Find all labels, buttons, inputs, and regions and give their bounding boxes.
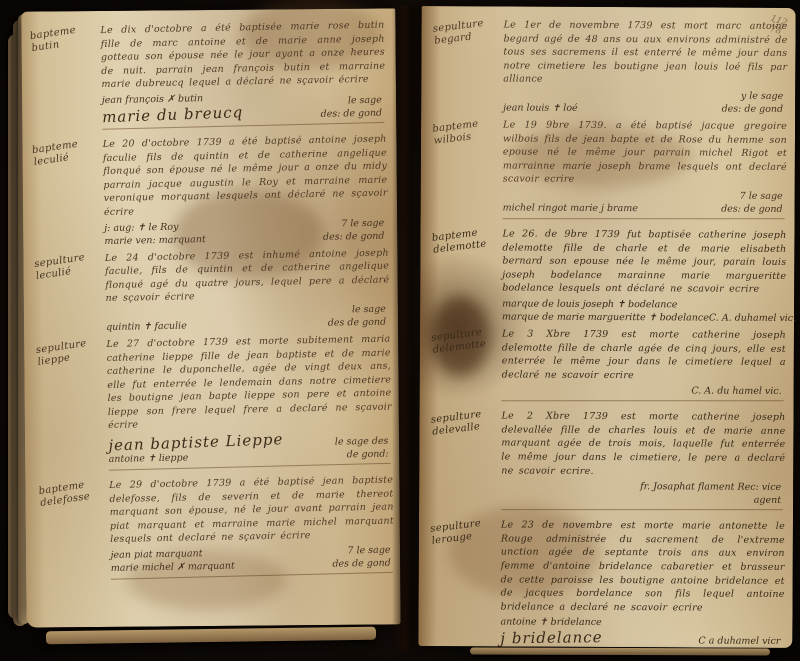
register-entry-sepulture-lieppe: sepulturelieppe Le 27 d'octobre 1739 est… (36, 332, 393, 476)
priest-signature: des: de gond (721, 203, 783, 216)
entry-body-text: Le 1er de novembre 1739 est mort marc an… (503, 18, 787, 87)
signature: marque de marie margueritte ✝ bodelance (502, 310, 709, 324)
page-edge-stack (46, 627, 376, 645)
priest-signature: des: de gond (323, 229, 385, 243)
entry-margin-label: sepulturelieppe (35, 336, 100, 368)
entry-body-text: Le 20 d'octobre 1739 a été baptisé antoi… (103, 133, 389, 220)
entry-margin-label: baptemebutin (29, 23, 94, 55)
left-page: baptemebutin Le dix d'octobre a été bapt… (21, 8, 400, 627)
priest-signature: des: de gond (320, 107, 382, 121)
entry-body-text: Le 29 d'octobre 1739 a été baptisé jean … (109, 474, 394, 547)
signature: jean louis ✝ loé (503, 101, 578, 114)
signature: marie ven: marquant (104, 233, 205, 248)
register-entry-bapteme-delemotte: baptemedelemotte Le 26. de 9bre 1739 fut… (432, 227, 786, 325)
register-entry-sepulture-delemotte: sepulturedelemotte Le 3 Xbre 1739 est mo… (432, 327, 786, 407)
entry-margin-label: sepultureleculié (34, 250, 99, 282)
entry-margin-label: baptemewilbois (432, 117, 496, 148)
entry-margin-label: baptemedelefosse (38, 478, 103, 510)
entry-body-text: Le 3 Xbre 1739 est morte catherine josep… (502, 327, 786, 383)
entry-body-text: Le 19 9bre 1739. a été baptisé jacque gr… (503, 118, 787, 187)
entry-margin-label: sepulturebegard (432, 17, 496, 48)
priest-signature: agent (640, 493, 781, 507)
signature: michel ringot marie j brame (503, 201, 638, 215)
right-page-content: sepulturebegard Le 1er de novembre 1739 … (418, 6, 795, 648)
ink-rule (501, 509, 783, 510)
priest-signature: le sage (320, 94, 382, 108)
priest-signature: fr. Josaphat flament Rec: vice (640, 480, 781, 494)
ink-rule (502, 400, 784, 401)
entry-body-text: Le 23 de novembre est morte marie antone… (500, 519, 784, 616)
register-book-photo: baptemebutin Le dix d'octobre a été bapt… (0, 0, 800, 661)
priest-signature: C. A. du hamel vic. (691, 385, 781, 398)
register-entry-sepulture-lerouge: sepulturelerouge Le 23 de novembre est m… (430, 518, 785, 648)
register-entry-bapteme-leculie: baptemeleculié Le 20 d'octobre 1739 a ét… (33, 133, 389, 249)
entry-body-text: Le 26. de 9bre 1739 fut baptisée catheri… (502, 227, 786, 296)
page-edge-stack (470, 647, 770, 655)
priest-signature: C. A. duhamel vic. (709, 311, 796, 324)
right-page: 11278 sepulturebegard Le 1er de novembre… (418, 6, 795, 648)
priest-signature: C a duhamel vicr (698, 635, 780, 648)
entry-margin-label: sepulturedelevalle (430, 408, 494, 439)
entry-margin-label: sepulturedelemotte (431, 326, 495, 357)
signature: marie du breucq (102, 103, 244, 126)
entry-margin-label: baptemeleculié (31, 137, 96, 169)
signature: quintin ✝ faculie (106, 319, 187, 334)
register-entry-sepulture-begard: sepulturebegard Le 1er de novembre 1739 … (433, 18, 787, 116)
priest-signature: le sage des (335, 435, 389, 449)
priest-signature: des: de gond (722, 103, 784, 116)
priest-signature: le sage (327, 303, 386, 317)
priest-signature: des de gond (332, 557, 391, 571)
signature: marque de louis joseph ✝ bodelance (502, 297, 709, 311)
priest-signature: y le sage (722, 90, 784, 103)
register-entry-bapteme-wilbois: baptemewilbois Le 19 9bre 1739. a été ba… (433, 118, 788, 225)
priest-signature: de gond: (335, 448, 389, 462)
left-page-content: baptemebutin Le dix d'octobre a été bapt… (18, 6, 404, 629)
register-entry-bapteme-delefosse: baptemedelefosse Le 29 d'octobre 1739 a … (39, 474, 395, 586)
priest-signature: 7 le sage (323, 216, 385, 230)
register-entry-sepulture-delevalle: sepulturedelevalle Le 2 Xbre 1739 est mo… (431, 409, 786, 516)
priest-signature: 7 le sage (332, 544, 391, 558)
entry-margin-label: baptemedelemotte (431, 226, 495, 257)
entry-body-text: Le 2 Xbre 1739 est morte catherine josep… (501, 410, 785, 479)
signature: marie michel ✗ marquant (111, 560, 235, 575)
entry-body-text: Le 24 d'octobre 1739 est inhumé antoine … (105, 246, 390, 306)
priest-signature: des de gond (328, 316, 387, 330)
entry-body-text: Le dix d'octobre a été baptisée marie ro… (100, 19, 385, 92)
register-entry-sepulture-leculie: sepultureleculié Le 24 d'octobre 1739 es… (35, 246, 391, 335)
register-entry-bapteme-butin: baptemebutin Le dix d'octobre a été bapt… (30, 19, 386, 136)
ink-rule (503, 218, 785, 219)
entry-margin-label: sepulturelerouge (430, 517, 494, 548)
signature: j bridelance (500, 628, 602, 647)
entry-body-text: Le 27 d'octobre 1739 est morte subitemen… (106, 332, 392, 433)
priest-signature: 7 le sage (721, 190, 783, 203)
